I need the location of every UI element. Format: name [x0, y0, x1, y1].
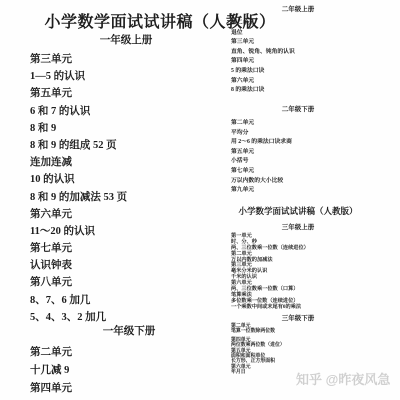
- grade3-vol1-list: 第一单元时、分、秒两、三位数乘一位数（连续进位）第二单元万以内数的加减法第三单元…: [231, 234, 309, 311]
- list-item: 第五单元: [231, 148, 292, 158]
- list-item: 万以内数的大小比较: [231, 177, 292, 187]
- section-header-grade3-vol1: 三年级上册: [230, 222, 366, 231]
- list-item: 平均分: [231, 129, 292, 139]
- list-item: 11～20 的认识: [30, 223, 127, 240]
- list-item: 第九单元: [231, 186, 292, 196]
- grade2-vol2-list: 第二单元平均分用 2～6 的乘法口诀求商第五单元小括号第七单元万以内数的大小比较…: [231, 119, 292, 196]
- list-item: 第三单元: [231, 38, 295, 48]
- list-item: 第六单元: [30, 206, 127, 223]
- list-item: 用 2～6 的乘法口诀求商: [231, 138, 292, 148]
- document-title-repeat: 小学数学面试试讲稿（人教版）: [230, 205, 366, 217]
- list-item: 第六单元: [231, 77, 295, 87]
- list-item: 笔算一位数除两位数: [231, 329, 285, 334]
- grade2-vol1-list: 第二单元退位第三单元直角、锐角、钝角的认识第四单元5 的乘法口诀第六单元8 的乘…: [231, 19, 295, 96]
- list-item: 第三单元: [30, 51, 127, 68]
- list-item: 8 和 9 的组成 52 页: [30, 137, 127, 154]
- section-header-grade2-vol2: 二年级下册: [230, 104, 366, 113]
- list-item: 第七单元: [231, 167, 292, 177]
- list-item: 第四单元: [231, 57, 295, 67]
- list-item: 第七单元: [30, 240, 127, 257]
- list-item: 两位数乘两位数（进位）: [231, 343, 285, 348]
- list-item: 十几减 9: [30, 362, 72, 380]
- list-item: 第五单元: [30, 85, 127, 102]
- zhihu-logo-text: 知乎: [296, 372, 322, 387]
- list-item: 小括号: [231, 157, 292, 167]
- section-header-grade3-vol2: 三年级下册: [230, 313, 366, 322]
- list-item: 8 和 9 的加减法 53 页: [30, 189, 127, 206]
- grade1-vol2-list: 第二单元十几减 9第四单元: [30, 344, 72, 399]
- zhihu-watermark: 知乎 @昨夜风急: [296, 369, 390, 388]
- list-item: 直角、锐角、钝角的认识: [231, 48, 295, 58]
- list-item: 年月日: [231, 370, 285, 375]
- list-item: 认识钟表: [30, 257, 127, 274]
- list-item: 6 和 7 的认识: [30, 103, 127, 120]
- section-header-grade1-vol1: 一年级上册: [0, 32, 252, 47]
- document-page: 小学数学面试试讲稿（人教版） 一年级上册 第三单元1—5 的认识第五单元6 和 …: [0, 0, 400, 400]
- list-item: 8 的乘法口诀: [231, 86, 295, 96]
- list-item: 第二单元: [231, 19, 295, 29]
- list-item: 8、7、6 加几: [30, 292, 127, 309]
- list-item: 连加连减: [30, 154, 127, 171]
- section-header-grade1-vol2: 一年级下册: [0, 323, 258, 338]
- list-item: 第八单元: [30, 274, 127, 291]
- list-item: 10 的认识: [30, 171, 127, 188]
- list-item: 5 的乘法口诀: [231, 67, 295, 77]
- list-item: 退位: [231, 29, 295, 39]
- list-item: 8 和 9: [30, 120, 127, 137]
- list-item: 一个乘数中间或末尾有0的乘法: [231, 305, 309, 311]
- list-item: 第四单元: [30, 380, 72, 398]
- list-item: 1—5 的认识: [30, 68, 127, 85]
- watermark-username: @昨夜风急: [326, 372, 391, 387]
- section-header-grade2-vol1: 二年级上册: [230, 4, 366, 13]
- list-item: 第二单元: [30, 344, 72, 362]
- grade3-vol2-list: 第二单元笔算一位数除两位数第四单元两位数乘两位数（进位）第五单元面积和面积单位长…: [231, 324, 285, 375]
- list-item: 第二单元: [231, 119, 292, 129]
- grade1-vol1-list: 第三单元1—5 的认识第五单元6 和 7 的认识8 和 98 和 9 的组成 5…: [30, 51, 127, 326]
